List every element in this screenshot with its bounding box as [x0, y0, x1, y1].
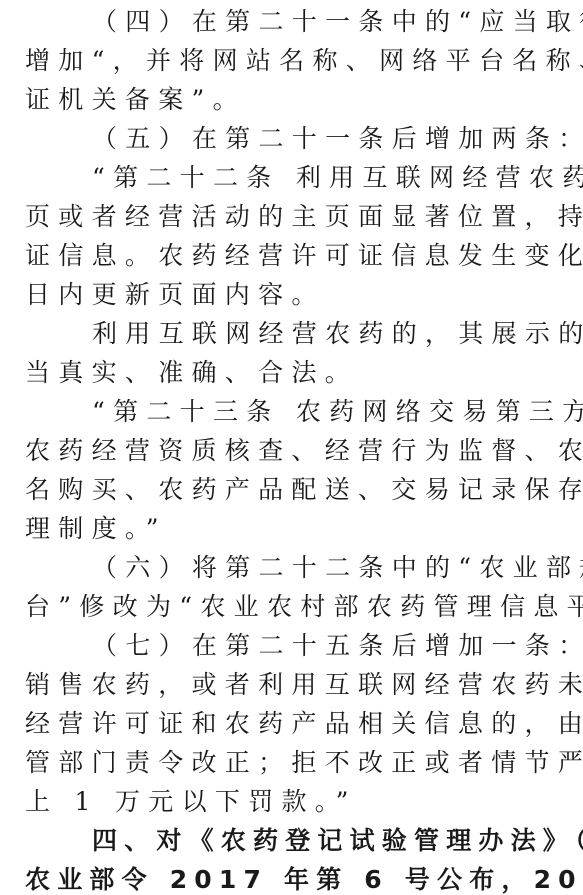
text-line: 证信息。农药经营许可证信息发生变化的，应当在十个工作 — [25, 236, 565, 275]
paragraph-article-22: “第二十二条 利用互联网经营农药的，应当在其网站首 页或者经营活动的主页面显著位… — [25, 158, 565, 314]
paragraph-item-6: （六）将第二十二条中的“农业部规定的农药管理信息平 台”修改为“农业农村部农药管… — [25, 548, 565, 626]
text-line: “第二十二条 利用互联网经营农药的，应当在其网站首 — [25, 158, 565, 197]
text-line: （六）将第二十二条中的“农业部规定的农药管理信息平 — [25, 548, 565, 587]
text-line: 页或者经营活动的主页面显著位置，持续公示农药经营许可 — [25, 197, 565, 236]
text-line: 管部门责令改正；拒不改正或者情节严重的，处 1000 元以 — [25, 743, 565, 782]
text-line: （四）在第二十一条中的“应当取得农药经营许可证”后 — [25, 2, 565, 41]
section-heading-line: 农业部令 2017 年第 6 号公布，2018 年 12 月 6 日农业农村部 — [25, 860, 565, 895]
text-line: 上 1 万元以下罚款。” — [25, 782, 565, 821]
paragraph-item-4: （四）在第二十一条中的“应当取得农药经营许可证”后 增加“，并将网站名称、网络平… — [25, 2, 565, 119]
document-page: （四）在第二十一条中的“应当取得农药经营许可证”后 增加“，并将网站名称、网络平… — [25, 2, 565, 895]
text-line: （七）在第二十五条后增加一条：“农药经营者违规捆绑 — [25, 626, 565, 665]
text-line: 台”修改为“农业农村部农药管理信息平台”。 — [25, 587, 565, 626]
text-line: （五）在第二十一条后增加两条： — [25, 119, 565, 158]
text-line: 销售农药，或者利用互联网经营农药未如实公示、展示农药 — [25, 665, 565, 704]
text-line: 经营许可证和农药产品相关信息的，由县级以上农业农村主 — [25, 704, 565, 743]
text-line: 农药经营资质核查、经营行为监督、农药信息展示、农药实 — [25, 431, 565, 470]
text-line: 理制度。” — [25, 509, 565, 548]
section-heading-line: 四、对《农药登记试验管理办法》（2017 年 6 月 21 日 — [25, 821, 565, 860]
paragraph-item-7: （七）在第二十五条后增加一条：“农药经营者违规捆绑 销售农药，或者利用互联网经营… — [25, 626, 565, 821]
text-line: “第二十三条 农药网络交易第三方平台应当建立并实施 — [25, 392, 565, 431]
text-line: 证机关备案”。 — [25, 80, 565, 119]
section-heading-4: 四、对《农药登记试验管理办法》（2017 年 6 月 21 日 农业部令 201… — [25, 821, 565, 895]
paragraph-article-22-second: 利用互联网经营农药的，其展示的农药产品相关信息应 当真实、准确、合法。 — [25, 314, 565, 392]
paragraph-article-23: “第二十三条 农药网络交易第三方平台应当建立并实施 农药经营资质核查、经营行为监… — [25, 392, 565, 548]
text-line: 日内更新页面内容。 — [25, 275, 565, 314]
text-line: 名购买、农药产品配送、交易记录保存、投诉举报处理等管 — [25, 470, 565, 509]
text-line: 利用互联网经营农药的，其展示的农药产品相关信息应 — [25, 314, 565, 353]
paragraph-item-5: （五）在第二十一条后增加两条： — [25, 119, 565, 158]
text-line: 当真实、准确、合法。 — [25, 353, 565, 392]
text-line: 增加“，并将网站名称、网络平台名称、应用程序名称等报发 — [25, 41, 565, 80]
